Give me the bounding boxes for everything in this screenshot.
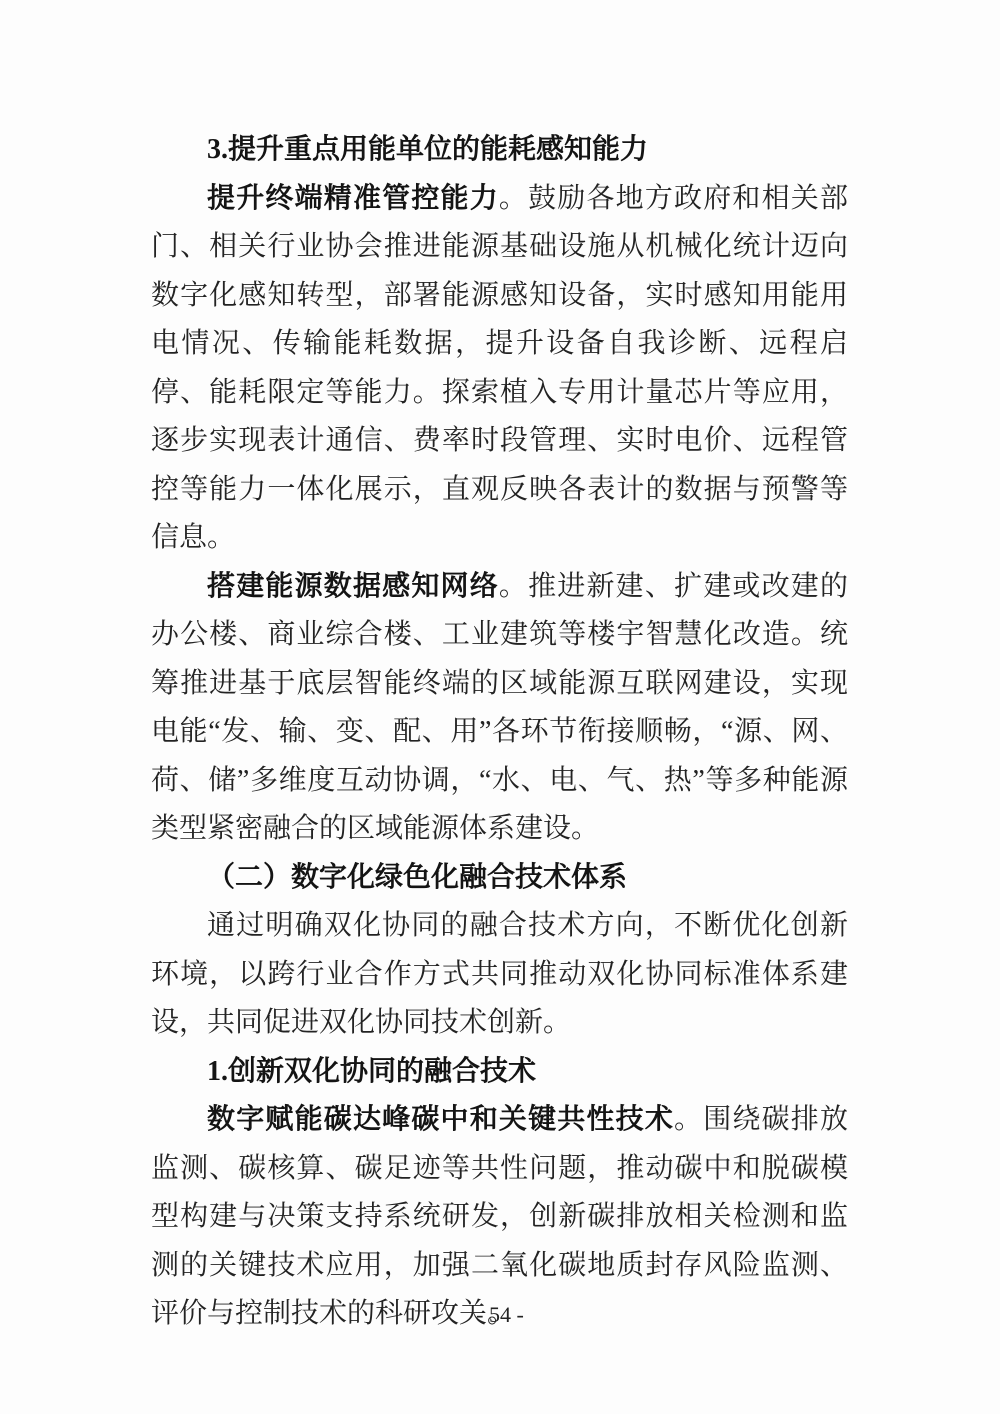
subsection-heading: （二）数字化绿色化融合技术体系 bbox=[151, 854, 848, 903]
document-body: 3.提升重点用能单位的能耗感知能力 提升终端精准管控能力。鼓励各地方政府和相关部… bbox=[151, 126, 848, 1339]
paragraph-text: 通过明确双化协同的融合技术方向，不断优化创新环境，以跨行业合作方式共同推动双化协… bbox=[151, 910, 848, 1038]
page-number: - 54 - bbox=[0, 1300, 1000, 1330]
paragraph-text: 。围绕碳排放监测、碳核算、碳足迹等共性问题，推动碳中和脱碳模型构建与决策支持系统… bbox=[151, 1104, 848, 1329]
numbered-section-heading: 1.创新双化协同的融合技术 bbox=[151, 1048, 848, 1097]
paragraph-lead: 搭建能源数据感知网络 bbox=[207, 571, 499, 602]
paragraph-lead: 提升终端精准管控能力 bbox=[207, 183, 499, 214]
paragraph: 通过明确双化协同的融合技术方向，不断优化创新环境，以跨行业合作方式共同推动双化协… bbox=[151, 902, 848, 1048]
paragraph-text: 。鼓励各地方政府和相关部门、相关行业协会推进能源基础设施从机械化统计迈向数字化感… bbox=[151, 183, 848, 554]
document-page: 3.提升重点用能单位的能耗感知能力 提升终端精准管控能力。鼓励各地方政府和相关部… bbox=[0, 0, 1000, 1414]
paragraph-text: 。推进新建、扩建或改建的办公楼、商业综合楼、工业建筑等楼宇智慧化改造。统筹推进基… bbox=[151, 571, 848, 845]
numbered-section-heading: 3.提升重点用能单位的能耗感知能力 bbox=[151, 126, 848, 175]
paragraph: 提升终端精准管控能力。鼓励各地方政府和相关部门、相关行业协会推进能源基础设施从机… bbox=[151, 175, 848, 563]
paragraph: 搭建能源数据感知网络。推进新建、扩建或改建的办公楼、商业综合楼、工业建筑等楼宇智… bbox=[151, 563, 848, 854]
paragraph-lead: 数字赋能碳达峰碳中和关键共性技术 bbox=[207, 1104, 674, 1135]
